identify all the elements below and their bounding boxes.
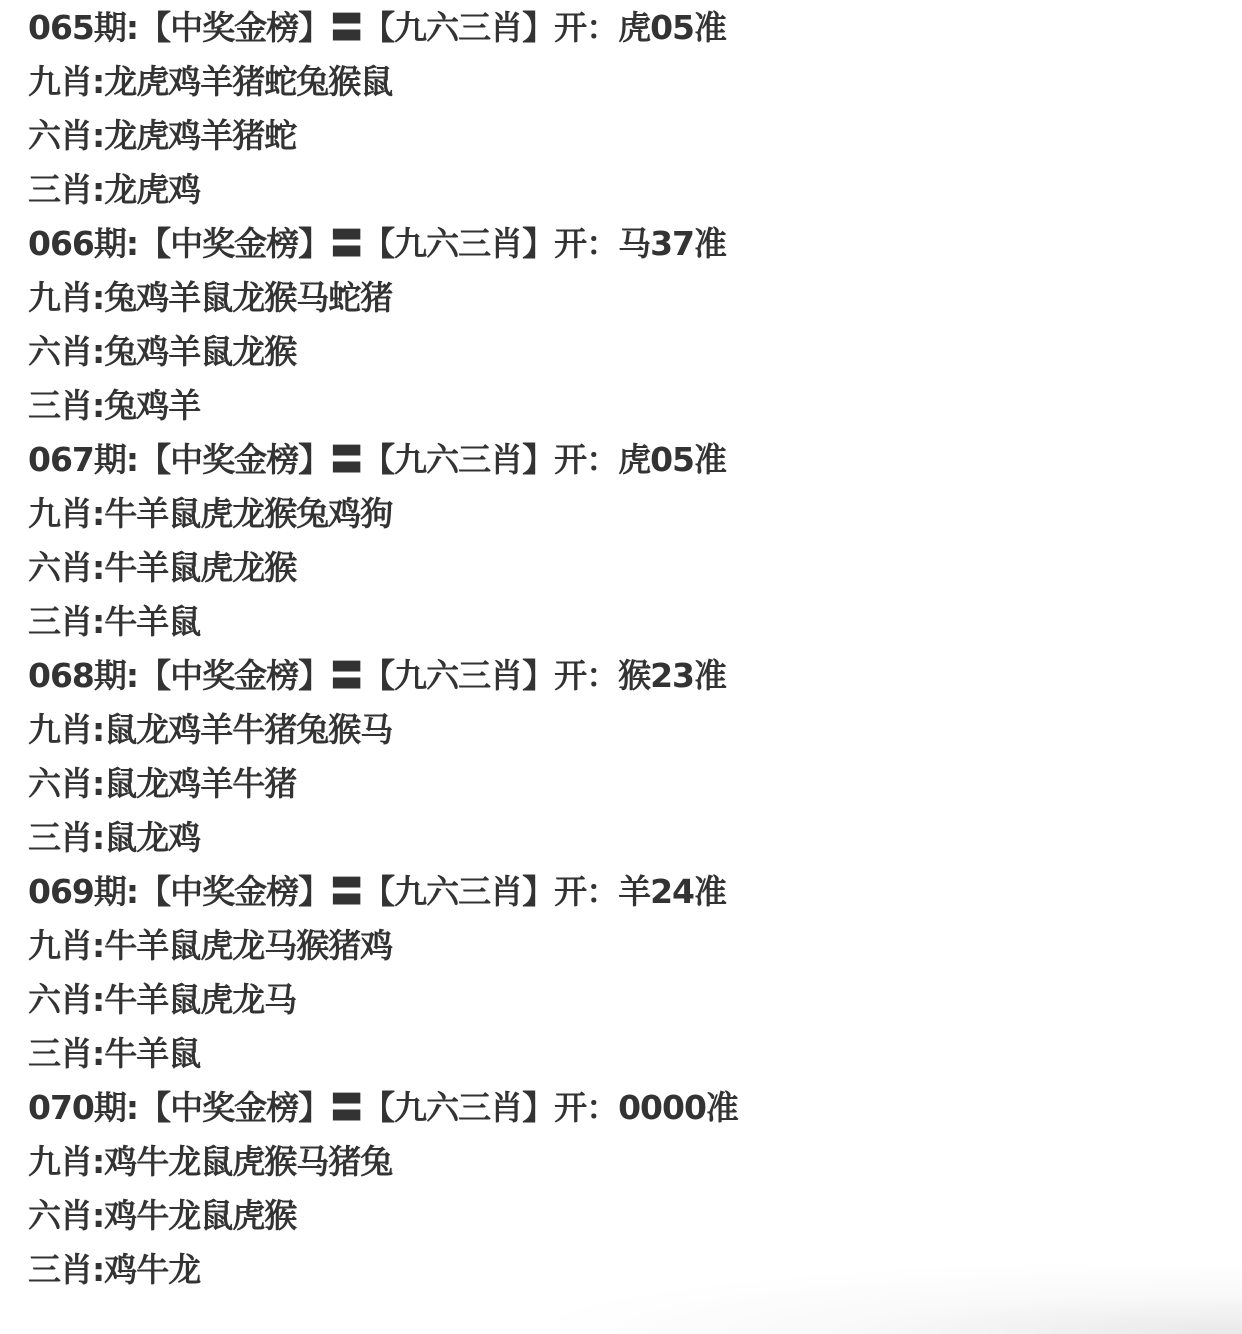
period-block-065: 065期:【中奖金榜】〓【九六三肖】开：虎05准 九肖:龙虎鸡羊猪蛇兔猴鼠 六肖…: [28, 1, 738, 217]
period-header: 070期:【中奖金榜】〓【九六三肖】开：0000准: [28, 1081, 738, 1135]
period-block-069: 069期:【中奖金榜】〓【九六三肖】开：羊24准 九肖:牛羊鼠虎龙马猴猪鸡 六肖…: [28, 865, 738, 1081]
six-zodiac-line: 六肖:牛羊鼠虎龙马: [28, 973, 738, 1027]
prediction-list: 065期:【中奖金榜】〓【九六三肖】开：虎05准 九肖:龙虎鸡羊猪蛇兔猴鼠 六肖…: [28, 1, 738, 1297]
six-zodiac-line: 六肖:龙虎鸡羊猪蛇: [28, 109, 738, 163]
six-zodiac-line: 六肖:兔鸡羊鼠龙猴: [28, 325, 738, 379]
period-header: 066期:【中奖金榜】〓【九六三肖】开：马37准: [28, 217, 738, 271]
nine-zodiac-line: 九肖:牛羊鼠虎龙马猴猪鸡: [28, 919, 738, 973]
period-header: 065期:【中奖金榜】〓【九六三肖】开：虎05准: [28, 1, 738, 55]
six-zodiac-line: 六肖:牛羊鼠虎龙猴: [28, 541, 738, 595]
period-block-070: 070期:【中奖金榜】〓【九六三肖】开：0000准 九肖:鸡牛龙鼠虎猴马猪兔 六…: [28, 1081, 738, 1297]
three-zodiac-line: 三肖:龙虎鸡: [28, 163, 738, 217]
period-header: 069期:【中奖金榜】〓【九六三肖】开：羊24准: [28, 865, 738, 919]
period-block-067: 067期:【中奖金榜】〓【九六三肖】开：虎05准 九肖:牛羊鼠虎龙猴兔鸡狗 六肖…: [28, 433, 738, 649]
three-zodiac-line: 三肖:牛羊鼠: [28, 1027, 738, 1081]
period-header: 068期:【中奖金榜】〓【九六三肖】开：猴23准: [28, 649, 738, 703]
six-zodiac-line: 六肖:鸡牛龙鼠虎猴: [28, 1189, 738, 1243]
nine-zodiac-line: 九肖:鼠龙鸡羊牛猪兔猴马: [28, 703, 738, 757]
three-zodiac-line: 三肖:牛羊鼠: [28, 595, 738, 649]
nine-zodiac-line: 九肖:牛羊鼠虎龙猴兔鸡狗: [28, 487, 738, 541]
period-block-066: 066期:【中奖金榜】〓【九六三肖】开：马37准 九肖:兔鸡羊鼠龙猴马蛇猪 六肖…: [28, 217, 738, 433]
three-zodiac-line: 三肖:兔鸡羊: [28, 379, 738, 433]
nine-zodiac-line: 九肖:龙虎鸡羊猪蛇兔猴鼠: [28, 55, 738, 109]
six-zodiac-line: 六肖:鼠龙鸡羊牛猪: [28, 757, 738, 811]
three-zodiac-line: 三肖:鼠龙鸡: [28, 811, 738, 865]
period-block-068: 068期:【中奖金榜】〓【九六三肖】开：猴23准 九肖:鼠龙鸡羊牛猪兔猴马 六肖…: [28, 649, 738, 865]
nine-zodiac-line: 九肖:鸡牛龙鼠虎猴马猪兔: [28, 1135, 738, 1189]
nine-zodiac-line: 九肖:兔鸡羊鼠龙猴马蛇猪: [28, 271, 738, 325]
three-zodiac-line: 三肖:鸡牛龙: [28, 1243, 738, 1297]
period-header: 067期:【中奖金榜】〓【九六三肖】开：虎05准: [28, 433, 738, 487]
